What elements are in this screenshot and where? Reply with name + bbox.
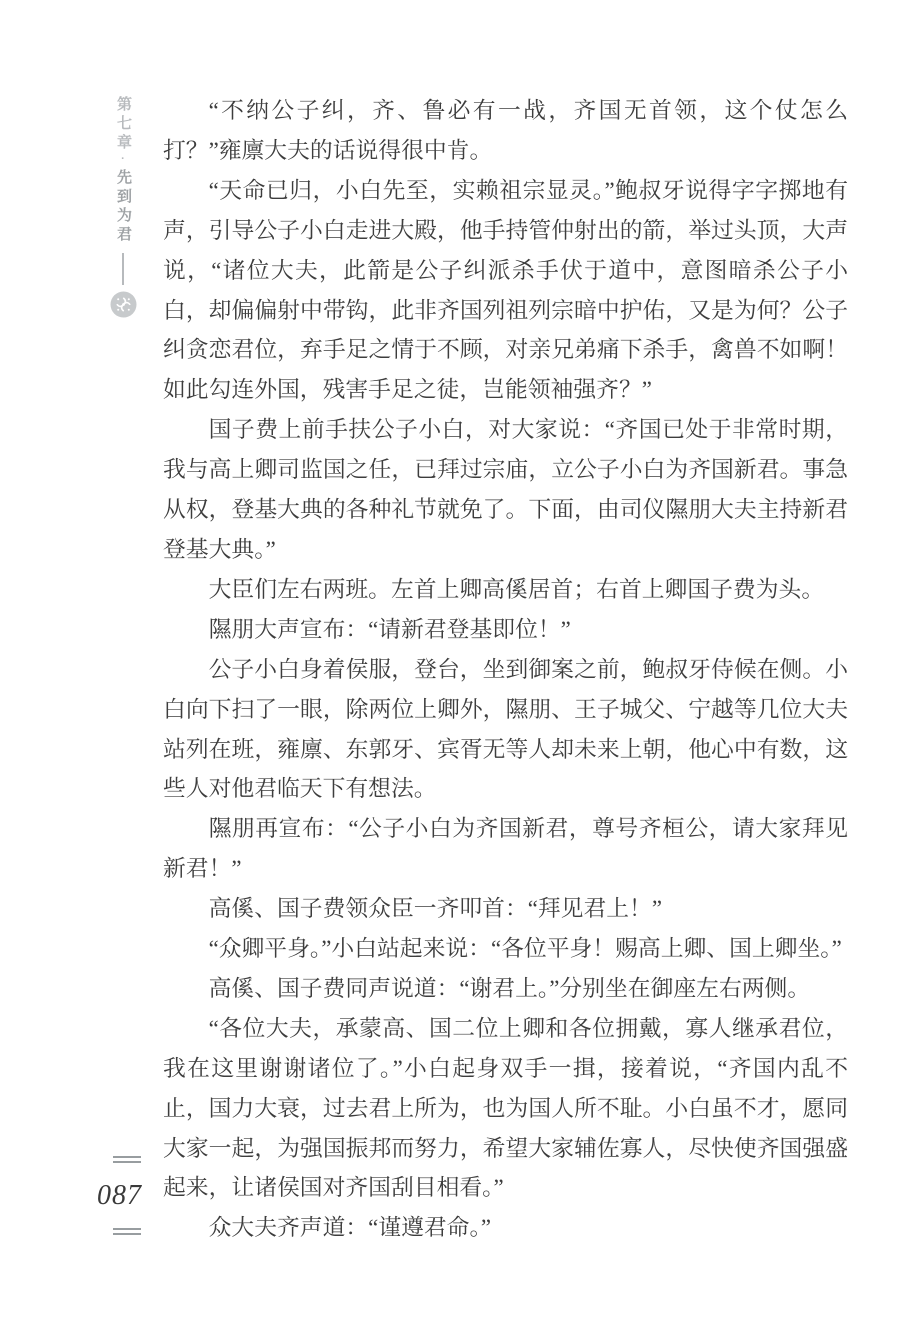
paragraph: 大臣们左右两班。左首上卿高傒居首；右首上卿国子费为头。 xyxy=(163,570,848,610)
paragraph: 公子小白身着侯服，登台，坐到御案之前，鲍叔牙侍候在侧。小白向下扫了一眼，除两位上… xyxy=(163,650,848,810)
paragraph: 国子费上前手扶公子小白，对大家说：“齐国已处于非常时期，我与高上卿司监国之任，已… xyxy=(163,410,848,570)
paragraph: 隰朋再宣布：“公子小白为齐国新君，尊号齐桓公，请大家拜见新君！” xyxy=(163,809,848,889)
paragraph: “不纳公子纠，齐、鲁必有一战，齐国无首领，这个仗怎么打？”雍廪大夫的话说得很中肯… xyxy=(163,91,848,171)
paragraph: 众大夫齐声道：“谨遵君命。” xyxy=(163,1208,848,1248)
paragraph: “各位大夫，承蒙高、国二位上卿和各位拥戴，寡人继承君位，我在这里谢谢诸位了。”小… xyxy=(163,1009,848,1209)
chapter-dash-rule xyxy=(122,253,124,285)
chapter-sidebar: 第七章·先到为君 xyxy=(100,96,146,318)
page-number: 087 xyxy=(90,1182,142,1210)
paragraph: “众卿平身。”小白站起来说：“各位平身！赐高上卿、国上卿坐。” xyxy=(163,929,848,969)
page-number-bottom-rule xyxy=(113,1228,141,1235)
chapter-heading: 第七章·先到为君 xyxy=(112,96,134,245)
paragraph: 高傒、国子费同声说道：“谢君上。”分别坐在御座左右两侧。 xyxy=(163,969,848,1009)
chapter-separator-dot: · xyxy=(117,153,129,169)
paragraph: 高傒、国子费领众臣一齐叩首：“拜见君上！” xyxy=(163,889,848,929)
paragraph: “天命已归，小白先至，实赖祖宗显灵。”鲍叔牙说得字字掷地有声，引导公子小白走进大… xyxy=(163,171,848,410)
page-number-block: 087 xyxy=(90,1156,142,1235)
paragraph: 隰朋大声宣布：“请新君登基即位！” xyxy=(163,610,848,650)
swirl-seal-icon xyxy=(110,291,137,318)
chapter-number-label: 第七章 xyxy=(115,96,132,153)
page-number-top-rule xyxy=(113,1156,141,1163)
book-page: 第七章·先到为君 087 “不纳公子纠，齐、鲁必有一战，齐国无首领，这个仗怎么打… xyxy=(0,0,913,1338)
body-text: “不纳公子纠，齐、鲁必有一战，齐国无首领，这个仗怎么打？”雍廪大夫的话说得很中肯… xyxy=(163,91,848,1248)
chapter-title: 先到为君 xyxy=(115,169,132,245)
